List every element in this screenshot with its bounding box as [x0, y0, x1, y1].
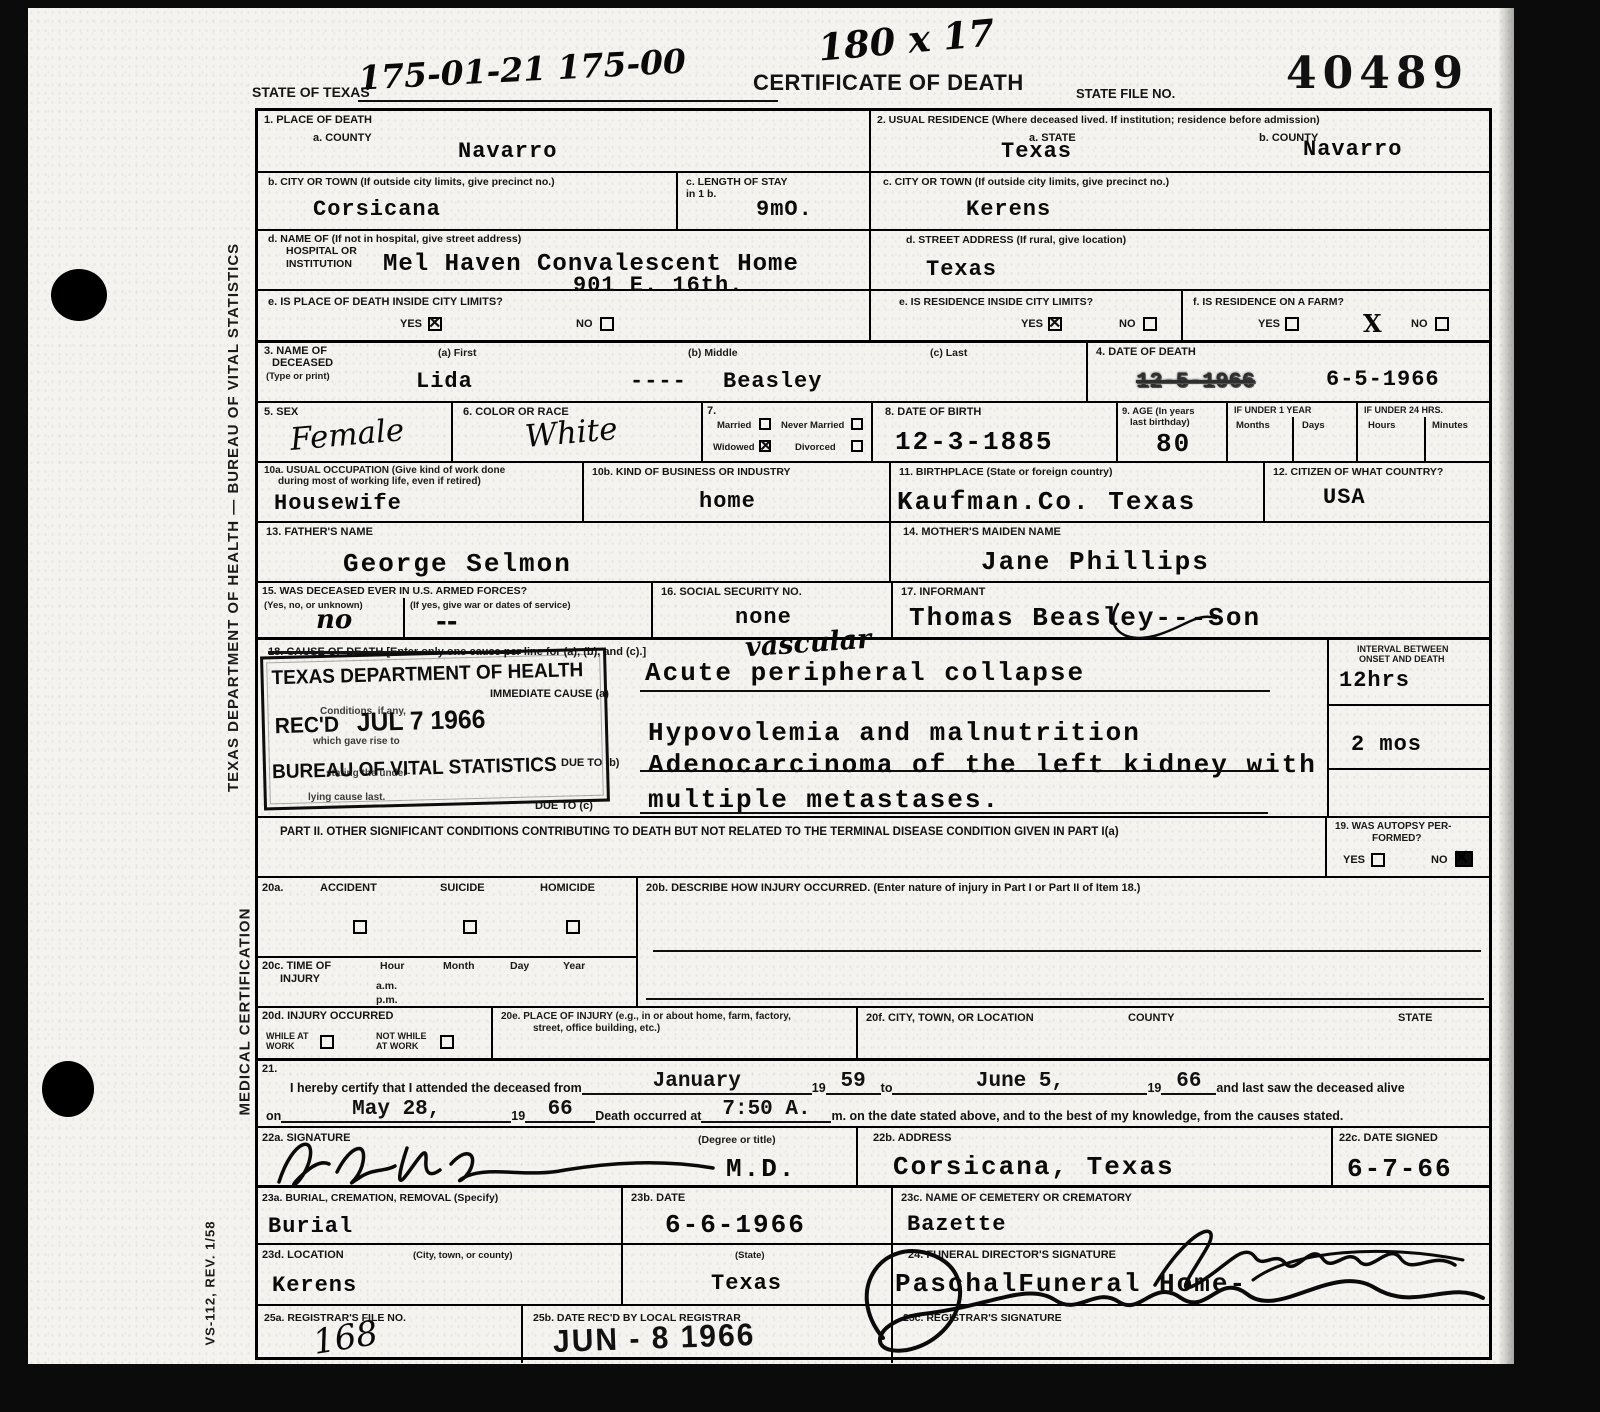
field-autopsy: 19. WAS AUTOPSY PER- FORMED? YES NO: [1327, 818, 1489, 876]
field-place-city: b. CITY OR TOWN (If outside city limits,…: [258, 173, 678, 229]
first-name-value: Lida: [416, 369, 473, 394]
residence-limits-yes-checkbox: [1048, 317, 1062, 331]
field-burial-location: 23d. LOCATION (City, town, or county) Ke…: [258, 1245, 623, 1304]
armed-forces-value: no: [316, 605, 352, 635]
place-city-label: b. CITY OR TOWN (If outside city limits,…: [268, 176, 555, 188]
residence-limits-yes-label: YES: [1021, 318, 1043, 330]
certify-year1: 59: [826, 1071, 881, 1095]
never-married-label: Never Married: [781, 420, 844, 431]
cause-c-value: multiple metastases.: [648, 785, 1000, 815]
certify-line1: I hereby certify that I attended the dec…: [290, 1071, 1405, 1095]
row-forces-ssn-informant: 15. WAS DECEASED EVER IN U.S. ARMED FORC…: [258, 583, 1489, 640]
ssn-label: 16. SOCIAL SECURITY NO.: [661, 586, 802, 598]
autopsy-no-checkbox: [1455, 851, 1473, 867]
homicide-checkbox: [566, 920, 580, 934]
row-injury-type: 20a. ACCIDENT SUICIDE HOMICIDE 20c. TIME…: [258, 878, 1489, 1008]
row-institution-street: d. NAME OF (If not in hospital, give str…: [258, 231, 1489, 291]
field-occupation: 10a. USUAL OCCUPATION (Give kind of work…: [258, 463, 584, 521]
business-label: 10b. KIND OF BUSINESS OR INDUSTRY: [592, 466, 791, 478]
interval-divider2: [1329, 768, 1489, 770]
birthplace-label: 11. BIRTHPLACE (State or foreign country…: [899, 466, 1113, 478]
injury-state-label: STATE: [1398, 1012, 1432, 1024]
time-injury-label2: INJURY: [280, 973, 320, 985]
middle-name-label: (b) Middle: [688, 347, 738, 359]
burial-state-value: Texas: [711, 1271, 782, 1296]
married-checkbox: [759, 418, 771, 430]
certify-from-value: January: [582, 1071, 812, 1095]
informant-flourish-signature: [1100, 598, 1230, 650]
residence-limits-no-label: NO: [1119, 318, 1136, 330]
informant-label: 17. INFORMANT: [901, 586, 985, 598]
certificate-page: TEXAS DEPARTMENT OF HEALTH — BUREAU OF V…: [28, 8, 1514, 1364]
residence-limits-label: e. IS RESIDENCE INSIDE CITY LIMITS?: [899, 296, 1093, 308]
field-injury-occurred: 20d. INJURY OCCURRED WHILE AT WORK NOT W…: [258, 1008, 493, 1058]
interval-label1: INTERVAL BETWEEN: [1357, 644, 1449, 654]
minutes-label: Minutes: [1432, 420, 1468, 431]
under-1-year-divider: [1292, 417, 1294, 461]
field-physician-address: 22b. ADDRESS Corsicana, Texas: [858, 1128, 1333, 1185]
field-injury-city: 20f. CITY, TOWN, OR LOCATION COUNTY STAT…: [858, 1008, 1489, 1058]
homicide-label: HOMICIDE: [540, 882, 595, 894]
citizen-value: USA: [1323, 485, 1366, 510]
divorced-label: Divorced: [795, 442, 836, 453]
hole-punch-bottom: [42, 1061, 94, 1117]
residence-city-value: Kerens: [966, 197, 1051, 222]
accident-subrow: 20a. ACCIDENT SUICIDE HOMICIDE: [258, 878, 636, 958]
suicide-checkbox: [463, 920, 477, 934]
under-1-year-label: IF UNDER 1 YEAR: [1234, 405, 1311, 415]
burial-location-sub: (City, town, or county): [413, 1250, 513, 1261]
field-usual-residence: 2. USUAL RESIDENCE (Where deceased lived…: [871, 111, 1489, 171]
form-code-vertical-text: VS-112, REV. 1/58: [203, 1176, 218, 1346]
due-to-b-label: DUE TO (b): [561, 757, 619, 769]
hours-label: Hours: [1368, 420, 1395, 431]
field-institution: d. NAME OF (If not in hospital, give str…: [258, 231, 871, 289]
sex-value: Female: [289, 412, 406, 458]
field-if-under-1-year: IF UNDER 1 YEAR Months Days: [1228, 403, 1358, 461]
certify-year2: 66: [1161, 1071, 1216, 1095]
injury-county-label: COUNTY: [1128, 1012, 1174, 1024]
certify-text1: I hereby certify that I attended the dec…: [290, 1081, 582, 1095]
dept-vertical-text: TEXAS DEPARTMENT OF HEALTH — BUREAU OF V…: [225, 207, 242, 792]
stamp-line1: TEXAS DEPARTMENT OF HEALTH: [271, 659, 583, 690]
header-underline: [358, 100, 778, 102]
occupation-label1: 10a. USUAL OCCUPATION (Give kind of work…: [264, 465, 505, 476]
field-certify: 21. I hereby certify that I attended the…: [258, 1061, 1489, 1126]
field-accident-time: 20a. ACCIDENT SUICIDE HOMICIDE 20c. TIME…: [258, 878, 638, 1006]
farm-handwritten-x: X: [1363, 309, 1382, 338]
business-value: home: [699, 489, 756, 514]
institution-label3: INSTITUTION: [286, 258, 352, 270]
date-received-stamp: JUN - 8 1966: [552, 1318, 756, 1361]
registrar-file-value: 168: [310, 1313, 380, 1363]
farm-label: f. IS RESIDENCE ON A FARM?: [1193, 296, 1344, 308]
stamp-date: JUL 7 1966: [356, 704, 485, 738]
usual-residence-label: 2. USUAL RESIDENCE (Where deceased lived…: [877, 114, 1320, 126]
death-limits-no-checkbox: [600, 317, 614, 331]
date-of-death-crossed-value: 12-5-1966: [1136, 369, 1255, 394]
divorced-checkbox: [851, 440, 863, 452]
field-date-of-death: 4. DATE OF DEATH 12-5-1966 6-5-1966: [1088, 343, 1489, 401]
field-mother-name: 14. MOTHER'S MAIDEN NAME Jane Phillips: [891, 523, 1489, 581]
widowed-checkbox: [759, 440, 771, 452]
residence-limits-no-checkbox: [1143, 317, 1157, 331]
residence-county-value: Navarro: [1303, 137, 1402, 162]
certify-todate-value: June 5,: [892, 1071, 1147, 1095]
place-injury-label1: 20e. PLACE OF INJURY (e.g., in or about …: [501, 1011, 791, 1022]
cause-a-line: [640, 690, 1270, 692]
widowed-label: Widowed: [713, 442, 755, 453]
field-business: 10b. KIND OF BUSINESS OR INDUSTRY home: [584, 463, 891, 521]
while-at-label: WHILE AT: [266, 1031, 309, 1041]
field-part2: PART II. OTHER SIGNIFICANT CONDITIONS CO…: [258, 818, 1327, 876]
place-county-value: Navarro: [458, 139, 557, 164]
age-label1: 9. AGE (In years: [1122, 406, 1195, 417]
field-interval: INTERVAL BETWEEN ONSET AND DEATH 12hrs 2…: [1327, 640, 1489, 816]
residence-city-label: c. CITY OR TOWN (If outside city limits,…: [883, 176, 1169, 188]
place-injury-label2: street, office building, etc.): [533, 1023, 660, 1034]
first-name-label: (a) First: [438, 347, 477, 359]
certify-to: to: [881, 1081, 893, 1095]
part2-label: PART II. OTHER SIGNIFICANT CONDITIONS CO…: [280, 826, 1290, 838]
row-occupation: 10a. USUAL OCCUPATION (Give kind of work…: [258, 463, 1489, 523]
day-label: Day: [510, 960, 529, 972]
place-of-death-label: 1. PLACE OF DEATH: [264, 114, 372, 126]
month-label: Month: [443, 960, 475, 972]
field-date-signed: 22c. DATE SIGNED 6-7-66: [1333, 1128, 1489, 1185]
at-work-label: AT WORK: [376, 1041, 418, 1051]
farm-no-checkbox: [1435, 317, 1449, 331]
interval-label2: ONSET AND DEATH: [1359, 654, 1445, 664]
stamp-recd: REC'D: [275, 712, 340, 740]
field-armed-forces: 15. WAS DECEASED EVER IN U.S. ARMED FORC…: [258, 583, 653, 637]
never-married-checkbox: [851, 418, 863, 430]
date-of-death-value: 6-5-1966: [1326, 367, 1440, 392]
field-name-of-deceased: 3. NAME OF DECEASED (Type or print) (a) …: [258, 343, 1088, 401]
citizen-label: 12. CITIZEN OF WHAT COUNTRY?: [1273, 466, 1443, 478]
name-label3: (Type or print): [266, 371, 330, 382]
physician-address-value: Corsicana, Texas: [893, 1152, 1175, 1182]
date-signed-label: 22c. DATE SIGNED: [1339, 1132, 1438, 1144]
birthplace-value: Kaufman.Co. Texas: [897, 487, 1196, 517]
street-address-label: d. STREET ADDRESS (If rural, give locati…: [906, 234, 1126, 246]
place-city-value: Corsicana: [313, 197, 441, 222]
last-name-value: Beasley: [723, 369, 822, 394]
medical-certification-vertical-text: MEDICAL CERTIFICATION: [237, 796, 254, 1116]
field-birthplace: 11. BIRTHPLACE (State or foreign country…: [891, 463, 1265, 521]
residence-state-value: Texas: [1001, 139, 1072, 164]
length-of-stay-value: 9mO.: [756, 197, 813, 222]
not-while-label: NOT WHILE: [376, 1031, 427, 1041]
hour-label: Hour: [380, 960, 405, 972]
armed-forces-divider: [403, 598, 405, 637]
time-injury-label1: 20c. TIME OF: [262, 960, 331, 972]
row-name-dod: 3. NAME OF DECEASED (Type or print) (a) …: [258, 343, 1489, 403]
field-registrar-file-no: 25a. REGISTRAR'S FILE NO. 168: [258, 1306, 523, 1363]
row-place-residence: 1. PLACE OF DEATH a. COUNTY Navarro 2. U…: [258, 111, 1489, 173]
death-city-limits-label: e. IS PLACE OF DEATH INSIDE CITY LIMITS?: [268, 296, 503, 308]
farm-yes-label: YES: [1258, 318, 1280, 330]
death-limits-yes-label: YES: [400, 318, 422, 330]
row-city-limits: e. IS PLACE OF DEATH INSIDE CITY LIMITS?…: [258, 291, 1489, 343]
not-while-at-work-checkbox: [440, 1035, 454, 1049]
name-label2: DECEASED: [272, 357, 333, 369]
row-cause-of-death: 18. CAUSE OF DEATH [Enter only one cause…: [258, 640, 1489, 818]
how-injury-label: 20b. DESCRIBE HOW INJURY OCCURRED. (Ente…: [646, 882, 1140, 894]
state-file-no-label: STATE FILE NO.: [1076, 86, 1175, 101]
burial-location-label: 23d. LOCATION: [262, 1249, 344, 1261]
field-residence-city: c. CITY OR TOWN (If outside city limits,…: [871, 173, 1489, 229]
cause-b-value: Hypovolemia and malnutrition: [648, 718, 1141, 748]
autopsy-label2: FORMED?: [1372, 833, 1421, 844]
handwritten-file-code: 175-01-21 175-00: [357, 41, 687, 97]
cause-c-line: [640, 812, 1268, 814]
field-age: 9. AGE (In years last birthday) 80: [1118, 403, 1228, 461]
institution-address-value: 901 E. 16th.: [573, 273, 743, 298]
certify-19b: 19: [1147, 1081, 1161, 1095]
color-race-value: White: [524, 411, 619, 455]
pm-label: p.m.: [376, 994, 398, 1006]
marital-label: 7.: [707, 405, 716, 417]
field-residence-farm: f. IS RESIDENCE ON A FARM? YES X NO: [1183, 291, 1489, 340]
injury-city-label: 20f. CITY, TOWN, OR LOCATION: [866, 1012, 1034, 1024]
row-injury-place: 20d. INJURY OCCURRED WHILE AT WORK NOT W…: [258, 1008, 1489, 1061]
father-name-value: George Selmon: [343, 549, 572, 579]
field-if-under-24-hrs: IF UNDER 24 HRS. Hours Minutes: [1358, 403, 1489, 461]
autopsy-label1: 19. WAS AUTOPSY PER-: [1335, 821, 1452, 832]
physician-signature: [265, 1120, 725, 1208]
suicide-label: SUICIDE: [440, 882, 485, 894]
burial-type-value: Burial: [268, 1214, 353, 1239]
street-address-value: Texas: [926, 257, 997, 282]
row-city-town: b. CITY OR TOWN (If outside city limits,…: [258, 173, 1489, 231]
burial-date-value: 6-6-1966: [665, 1210, 806, 1240]
time-of-injury-subrow: 20c. TIME OF INJURY Hour Month Day Year …: [258, 958, 636, 1006]
date-of-birth-value: 12-3-1885: [895, 427, 1053, 457]
accident-num-label: 20a.: [262, 882, 283, 894]
farm-no-label: NO: [1411, 318, 1428, 330]
death-limits-no-label: NO: [576, 318, 593, 330]
injury-occurred-label: 20d. INJURY OCCURRED: [262, 1010, 393, 1022]
ssn-value: none: [735, 605, 792, 630]
row-parents: 13. FATHER'S NAME George Selmon 14. MOTH…: [258, 523, 1489, 583]
cause-a-value: Acute peripheral collapse: [645, 658, 1085, 688]
interval-a-value: 12hrs: [1339, 668, 1410, 693]
field-sex: 5. SEX Female: [258, 403, 453, 461]
degree-value: M.D.: [726, 1154, 796, 1184]
am-label: a.m.: [376, 980, 397, 992]
months-label: Months: [1236, 420, 1270, 431]
field-death-city-limits: e. IS PLACE OF DEATH INSIDE CITY LIMITS?…: [258, 291, 871, 340]
field-cause-of-death: 18. CAUSE OF DEATH [Enter only one cause…: [258, 640, 1327, 816]
cemetery-label: 23c. NAME OF CEMETERY OR CREMATORY: [901, 1192, 1132, 1204]
accident-label: ACCIDENT: [320, 882, 377, 894]
last-name-label: (c) Last: [930, 347, 967, 359]
armed-forces-sub2: (If yes, give war or dates of service): [410, 600, 571, 611]
married-label: Married: [717, 420, 751, 431]
certificate-title: CERTIFICATE OF DEATH: [753, 70, 1024, 96]
cause-b2-value: Adenocarcinoma of the left kidney with: [648, 750, 1317, 780]
received-stamp: TEXAS DEPARTMENT OF HEALTH REC'D JUL 7 1…: [260, 647, 610, 810]
occupation-label2: during most of working life, even if ret…: [278, 476, 481, 487]
middle-name-value: ----: [630, 369, 687, 394]
injury-line2: [646, 998, 1484, 1000]
field-street-address: d. STREET ADDRESS (If rural, give locati…: [871, 231, 1489, 289]
age-label2: last birthday): [1130, 417, 1190, 428]
field-place-of-death: 1. PLACE OF DEATH a. COUNTY Navarro: [258, 111, 871, 171]
immediate-cause-label: IMMEDIATE CAUSE (a): [490, 688, 609, 700]
autopsy-no-label: NO: [1431, 854, 1448, 866]
name-label1: 3. NAME OF: [264, 345, 327, 357]
date-of-birth-label: 8. DATE OF BIRTH: [885, 406, 981, 418]
mother-name-label: 14. MOTHER'S MAIDEN NAME: [903, 526, 1061, 538]
field-how-injury-occurred: 20b. DESCRIBE HOW INJURY OCCURRED. (Ente…: [638, 878, 1489, 1006]
row-certify: 21. I hereby certify that I attended the…: [258, 1061, 1489, 1128]
institution-label2: HOSPITAL OR: [286, 245, 357, 257]
field-color-race: 6. COLOR OR RACE White: [453, 403, 703, 461]
certify-text4: m. on the date stated above, and to the …: [831, 1109, 1343, 1123]
sex-label: 5. SEX: [264, 406, 298, 418]
field-marital-status: 7. Married Never Married Widowed Divorce…: [703, 403, 873, 461]
interval-divider1: [1329, 704, 1489, 706]
interval-b-value: 2 mos: [1351, 732, 1422, 757]
under-24-hrs-divider: [1424, 417, 1426, 461]
burial-state-label: (State): [735, 1250, 765, 1261]
length-of-stay-label: c. LENGTH OF STAY: [686, 176, 788, 188]
burial-location-value: Kerens: [272, 1273, 357, 1298]
certify-text2: and last saw the deceased alive: [1216, 1081, 1404, 1095]
row-part2-autopsy: PART II. OTHER SIGNIFICANT CONDITIONS CO…: [258, 818, 1489, 878]
autopsy-yes-checkbox: [1371, 853, 1385, 867]
physician-address-label: 22b. ADDRESS: [873, 1132, 951, 1144]
occupation-value: Housewife: [274, 491, 402, 516]
age-value: 80: [1156, 429, 1191, 459]
field-residence-city-limits: e. IS RESIDENCE INSIDE CITY LIMITS? YES …: [871, 291, 1183, 340]
armed-forces-value2: --: [436, 607, 458, 637]
field-date-of-birth: 8. DATE OF BIRTH 12-3-1885: [873, 403, 1118, 461]
armed-forces-label: 15. WAS DECEASED EVER IN U.S. ARMED FORC…: [262, 585, 527, 597]
year-label: Year: [563, 960, 585, 972]
registrar-signature: [823, 1220, 1503, 1370]
work-label: WORK: [266, 1041, 295, 1051]
field-father-name: 13. FATHER'S NAME George Selmon: [258, 523, 891, 581]
institution-label: d. NAME OF (If not in hospital, give str…: [268, 233, 521, 245]
hole-punch-top: [51, 269, 107, 321]
handwritten-top-note: 180 x 17: [816, 10, 996, 69]
mother-name-value: Jane Phillips: [981, 547, 1210, 577]
under-24-hrs-label: IF UNDER 24 HRS.: [1364, 405, 1443, 415]
certify-num: 21.: [262, 1063, 277, 1075]
farm-yes-checkbox: [1285, 317, 1299, 331]
injury-line1: [653, 950, 1481, 952]
row-sex-race-age: 5. SEX Female 6. COLOR OR RACE White 7. …: [258, 403, 1489, 463]
stamp-line3: BUREAU OF VITAL STATISTICS: [272, 754, 557, 784]
length-of-stay-label2: in 1 b.: [686, 188, 716, 200]
field-place-of-injury: 20e. PLACE OF INJURY (e.g., in or about …: [493, 1008, 858, 1058]
father-name-label: 13. FATHER'S NAME: [266, 526, 373, 538]
place-county-label: a. COUNTY: [313, 132, 372, 144]
while-at-work-checkbox: [320, 1035, 334, 1049]
state-of-texas-label: STATE OF TEXAS: [252, 84, 370, 100]
autopsy-yes-label: YES: [1343, 854, 1365, 866]
accident-checkbox: [353, 920, 367, 934]
state-file-number: 40489: [1286, 48, 1469, 99]
due-to-c-label: DUE TO (c): [535, 800, 593, 812]
date-signed-value: 6-7-66: [1347, 1154, 1453, 1184]
date-of-death-label: 4. DATE OF DEATH: [1096, 346, 1196, 358]
certify-19a: 19: [812, 1081, 826, 1095]
field-citizen: 12. CITIZEN OF WHAT COUNTRY? USA: [1265, 463, 1489, 521]
days-label: Days: [1302, 420, 1325, 431]
scanned-death-certificate: { "opts": {"yes": "YES", "no": "NO"}, "h…: [0, 0, 1600, 1412]
field-length-of-stay: c. LENGTH OF STAY in 1 b. 9mO.: [678, 173, 871, 229]
death-limits-yes-checkbox: [428, 317, 442, 331]
